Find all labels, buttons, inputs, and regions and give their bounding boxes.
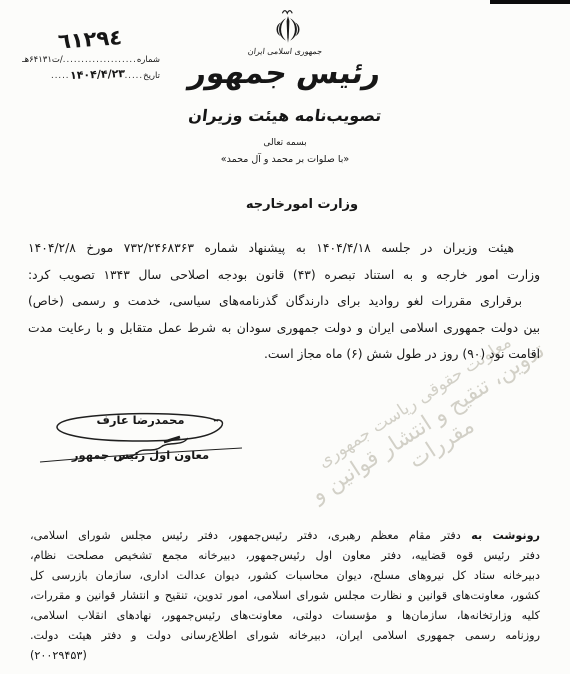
- handwritten-number: ٦١٢٩٤: [1, 23, 160, 58]
- cc-line: دفتر رئیس قوه قضاییه، دفتر معاون اول رئی…: [30, 546, 540, 566]
- number-label: شماره: [137, 55, 160, 65]
- basmala: بسمه تعالی: [0, 138, 570, 148]
- cc-line: روزنامه رسمی جمهوری اسلامی ایران، دبیرخا…: [30, 626, 540, 646]
- iran-emblem-icon: [265, 7, 311, 49]
- salawat: «با صلوات بر محمد و آل محمد»: [0, 154, 570, 165]
- body-line: اقامت نود (۹۰) روز در طول شش (۶) ماه مجا…: [28, 341, 540, 368]
- date-row: تاریخ ..... ۱۴۰۴/۴/۲۳ .....: [2, 68, 160, 81]
- body-line: برقراری مقررات لغو روادید برای دارندگان …: [28, 288, 540, 315]
- body-line: هیئت وزیران در جلسه ۱۴۰۴/۴/۱۸ به پیشنهاد…: [28, 235, 540, 262]
- cc-line: دبیرخانه ستاد کل نیروهای مسلح، دیوان محا…: [30, 566, 540, 586]
- cc-distribution: رونوشت به دفتر مقام معظم رهبری، دفتر رئی…: [30, 526, 540, 666]
- date-leader-dots-right: .....: [125, 71, 144, 81]
- cc-line: کلیه وزارتخانه‌ها، سازمان‌ها و مؤسسات دو…: [30, 606, 540, 626]
- document-page: جمهوری اسلامی ایران رئیس جمهور تصویب‌نام…: [0, 0, 570, 674]
- addressee-heading: وزارت امورخارجه: [0, 197, 570, 212]
- number-row: شماره .................... /ت۶۴۱۳۱هـ: [2, 55, 160, 65]
- signature-block: محمدرضا عارف معاون اول رئیس جمهور: [38, 406, 243, 480]
- date-leader-dots-left: .....: [51, 71, 70, 81]
- number-suffix: /ت۶۴۱۳۱هـ: [22, 55, 63, 65]
- cc-ref-number: (۲۰۰۲۹۴۵۳): [30, 646, 540, 666]
- scan-artifact-bar: [490, 0, 570, 4]
- cc-line: رونوشت به دفتر مقام معظم رهبری، دفتر رئی…: [30, 526, 540, 546]
- body-line: بین دولت جمهوری اسلامی ایران و دولت جمهو…: [28, 315, 540, 342]
- cc-line: کشور، معاونت‌های قوانین و نظارت مجلس شور…: [30, 586, 540, 606]
- cc-label: رونوشت به: [461, 529, 540, 542]
- resolution-body: هیئت وزیران در جلسه ۱۴۰۴/۴/۱۸ به پیشنهاد…: [28, 235, 540, 368]
- signature-ink-icon: [38, 406, 243, 480]
- cc-line-text: دفتر مقام معظم رهبری، دفتر رئیس‌جمهور، د…: [30, 529, 461, 542]
- reference-stamp-block: ٦١٢٩٤ شماره .................... /ت۶۴۱۳۱…: [2, 28, 160, 81]
- number-leader-dots: ....................: [63, 55, 137, 65]
- document-type-title: تصویب‌نامه هیئت وزیران: [0, 106, 570, 125]
- date-label: تاریخ: [143, 71, 160, 81]
- body-line: وزارت امور خارجه و به استناد تبصره (۴۳) …: [28, 262, 540, 289]
- handwritten-date: ۱۴۰۴/۴/۲۳: [69, 67, 124, 82]
